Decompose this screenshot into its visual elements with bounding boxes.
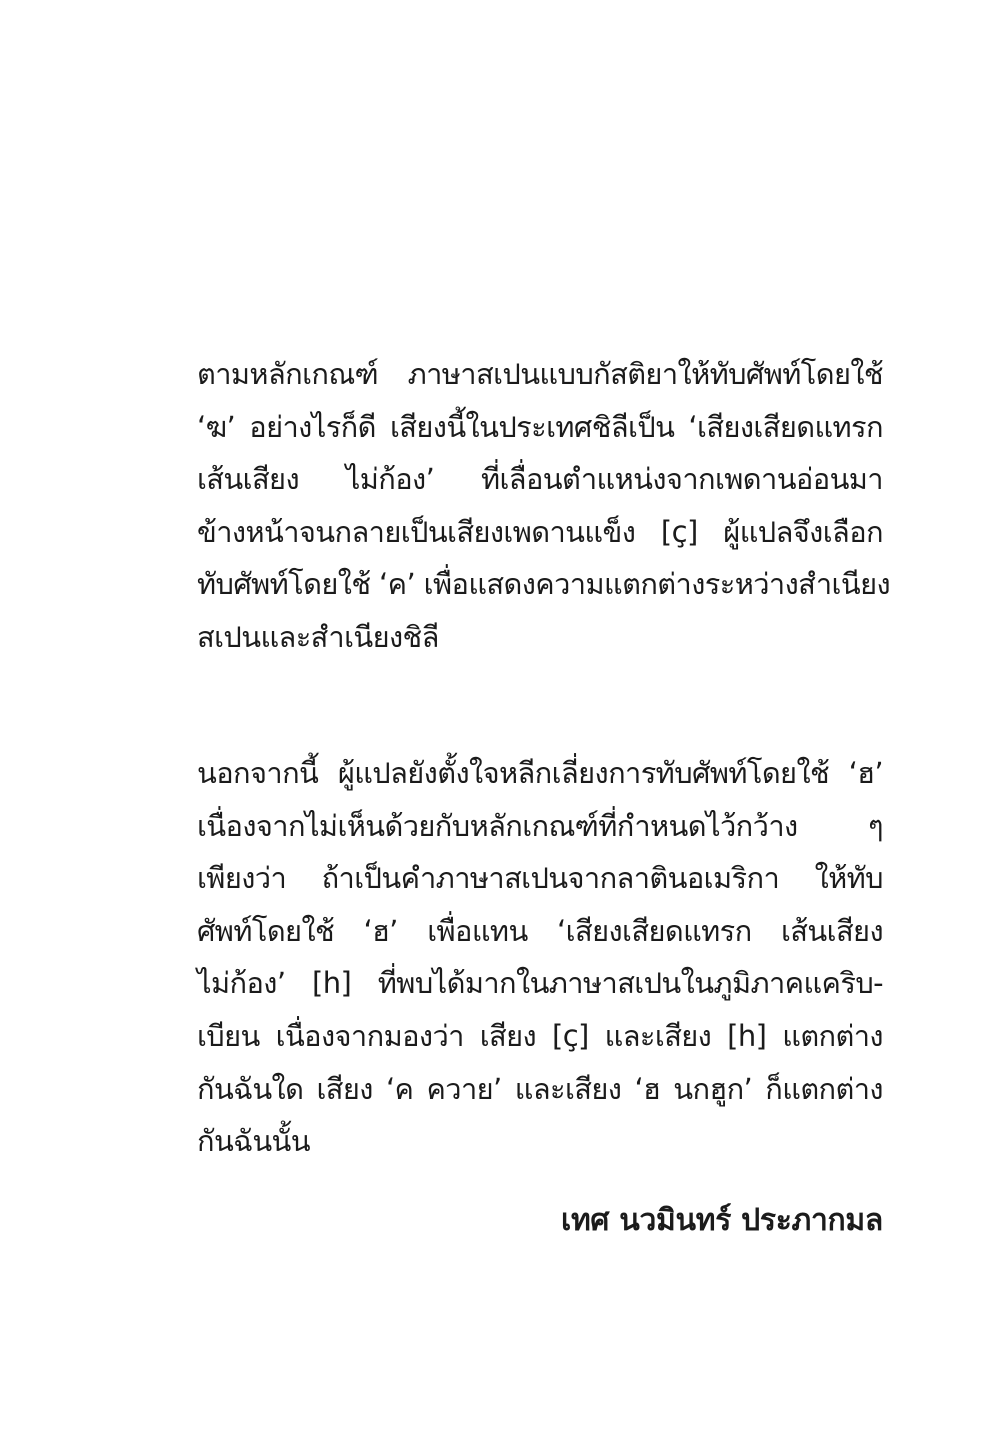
paragraph-line: ‘ฆ’ อย่างไรก็ดี เสียงนี้ในประเทศชิลีเป็น… xyxy=(197,401,883,454)
paragraph-2: นอกจากนี้ ผู้แปลยังตั้งใจหลีกเลี่ยงการทั… xyxy=(197,747,883,1168)
paragraph-line: เส้นเสียง ไม่ก้อง’ ที่เลื่อนตำแหน่งจากเพ… xyxy=(197,453,883,506)
paragraph-1: ตามหลักเกณฑ์ ภาษาสเปนแบบกัสติยาให้ทับศัพ… xyxy=(197,348,883,664)
paragraph-line: ตามหลักเกณฑ์ ภาษาสเปนแบบกัสติยาให้ทับศัพ… xyxy=(197,348,883,401)
paragraph-line: กันฉันใด เสียง ‘ค ควาย’ และเสียง ‘ฮ นกฮู… xyxy=(197,1063,883,1116)
paragraph-line: ทับศัพท์โดยใช้ ‘ค’ เพื่อแสดงความแตกต่างร… xyxy=(197,558,883,611)
paragraph-line: กันฉันนั้น xyxy=(197,1115,883,1168)
paragraph-line: เบียน เนื่องจากมองว่า เสียง [ç] และเสียง… xyxy=(197,1010,883,1063)
paragraph-line: ข้างหน้าจนกลายเป็นเสียงเพดานแข็ง [ç] ผู้… xyxy=(197,506,883,559)
paragraph-line: เนื่องจากไม่เห็นด้วยกับหลักเกณฑ์ที่กำหนด… xyxy=(197,800,883,853)
paragraph-line: ศัพท์โดยใช้ ‘ฮ’ เพื่อแทน ‘เสียงเสียดแทรก… xyxy=(197,905,883,958)
author-signature: เทศ นวมินทร์ ประภากมล xyxy=(561,1195,883,1247)
document-page: ตามหลักเกณฑ์ ภาษาสเปนแบบกัสติยาให้ทับศัพ… xyxy=(0,0,1000,1440)
paragraph-line: สเปนและสำเนียงชิลี xyxy=(197,611,883,664)
paragraph-line: เพียงว่า ถ้าเป็นคำภาษาสเปนจากลาตินอเมริก… xyxy=(197,852,883,905)
paragraph-line: นอกจากนี้ ผู้แปลยังตั้งใจหลีกเลี่ยงการทั… xyxy=(197,747,883,800)
paragraph-line: ไม่ก้อง’ [h] ที่พบได้มากในภาษาสเปนในภูมิ… xyxy=(197,957,883,1010)
